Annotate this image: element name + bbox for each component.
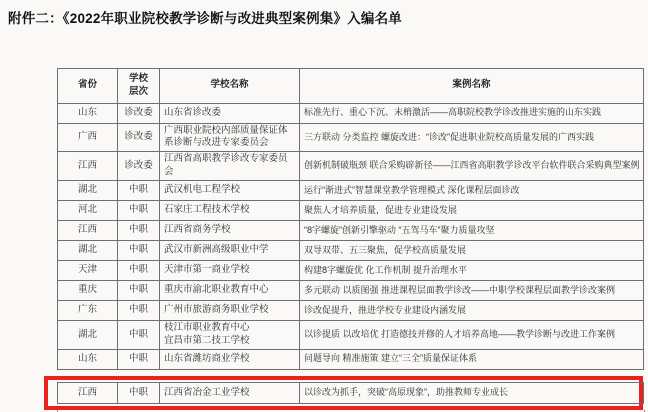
cell-case-name: 聚焦人才培养质量，促进专业建设发展 bbox=[300, 200, 644, 220]
cases-table-body: 山东 诊改委 山东省诊改委 标准先行、重心下沉、末梢激活——高职院校教学诊改推进… bbox=[58, 103, 644, 369]
cell-school-name: 广西职业院校内部质量保证体系诊断与改进专家委员会 bbox=[160, 123, 300, 152]
cases-table: 省份 学校层次 学校名称 案例名称 山东 诊改委 山东省诊改委 标准先行、重心下… bbox=[57, 68, 644, 370]
cell-province: 江西 bbox=[58, 220, 118, 240]
cell-province: 江西 bbox=[58, 383, 118, 404]
cell-case-name: “8字螺旋”创新引擎驱动 “五驾马车”聚力质量攻坚 bbox=[300, 220, 644, 240]
table-row: 山东 诊改委 山东省诊改委 标准先行、重心下沉、末梢激活——高职院校教学诊改推进… bbox=[58, 103, 644, 123]
highlighted-table-row: 江西 中职 江西省冶金工业学校 以诊改为抓手，突破“高原现象”，助推教师专业成长 bbox=[58, 383, 644, 404]
cell-case-name: 构建8字螺旋优 化工作机制 提升治理水平 bbox=[300, 260, 644, 280]
header-school-level: 学校层次 bbox=[118, 69, 160, 104]
table-row: 重庆 中职 重庆市渝北职业教育中心 多元联动 以质图强 推进课程层面教学诊改——… bbox=[58, 280, 644, 300]
cell-school-level: 中职 bbox=[118, 260, 160, 280]
cell-province: 河北 bbox=[58, 200, 118, 220]
table-row: 广西 诊改委 广西职业院校内部质量保证体系诊断与改进专家委员会 三方联动 分类监… bbox=[58, 123, 644, 152]
cell-school-name: 枝江市职业教育中心 宜昌市第二技工学校 bbox=[160, 320, 300, 349]
cell-school-name: 石家庄工程技术学校 bbox=[160, 200, 300, 220]
cell-case-name: 诊改促提升，推进学校专业建设内涵发展 bbox=[300, 300, 644, 320]
header-row: 省份 学校层次 学校名称 案例名称 bbox=[58, 69, 644, 104]
cell-school-level: 诊改委 bbox=[118, 123, 160, 152]
table-row: 湖北 中职 枝江市职业教育中心 宜昌市第二技工学校 以诊提质 以改培优 打造德技… bbox=[58, 320, 644, 349]
highlight-red-box: 江西 中职 江西省冶金工业学校 以诊改为抓手，突破“高原现象”，助推教师专业成长 bbox=[44, 376, 643, 410]
cell-case-name: 多元联动 以质图强 推进课程层面教学诊改——中职学校课程层面教学诊改案例 bbox=[300, 280, 644, 300]
cell-school-name: 武汉机电工程学校 bbox=[160, 180, 300, 200]
cell-case-name: 三方联动 分类监控 螺旋改进：“诊改”促进职业院校高质量发展的广西实践 bbox=[300, 123, 644, 152]
cell-province: 山东 bbox=[58, 349, 118, 369]
cell-province: 广东 bbox=[58, 300, 118, 320]
cell-school-level: 中职 bbox=[118, 180, 160, 200]
cell-school-name: 江西省高职教学诊改专家委员会 bbox=[160, 152, 300, 181]
table-row: 湖北 中职 武汉机电工程学校 运行“渐进式”智慧课堂教学管理模式 深化课程层面诊… bbox=[58, 180, 644, 200]
cell-school-name: 山东省潍坊商业学校 bbox=[160, 349, 300, 369]
table-row: 山东 中职 山东省潍坊商业学校 问题导向 精准施策 建立“三全”质量保证体系 bbox=[58, 349, 644, 369]
cell-school-level: 中职 bbox=[118, 349, 160, 369]
cell-school-level: 中职 bbox=[118, 300, 160, 320]
cell-province: 湖北 bbox=[58, 320, 118, 349]
document-title: 附件二：《2022年职业院校教学诊断与改进典型案例集》入编名单 bbox=[8, 7, 402, 27]
cell-school-name: 重庆市渝北职业教育中心 bbox=[160, 280, 300, 300]
table-row: 天津 中职 天津市第一商业学校 构建8字螺旋优 化工作机制 提升治理水平 bbox=[58, 260, 644, 280]
table-row: 江西 中职 江西省商务学校 “8字螺旋”创新引擎驱动 “五驾马车”聚力质量攻坚 bbox=[58, 220, 644, 240]
highlighted-row-table: 江西 中职 江西省冶金工业学校 以诊改为抓手，突破“高原现象”，助推教师专业成长 bbox=[57, 382, 644, 404]
header-school-name: 学校名称 bbox=[160, 69, 300, 104]
cell-province: 重庆 bbox=[58, 280, 118, 300]
cell-case-name: 标准先行、重心下沉、末梢激活——高职院校教学诊改推进实施的山东实践 bbox=[300, 103, 644, 123]
cell-province: 江西 bbox=[58, 152, 118, 181]
table-row: 湖北 中职 武汉市新洲高级职业中学 双导双带、五三聚焦，促学校高质量发展 bbox=[58, 240, 644, 260]
cell-province: 山东 bbox=[58, 103, 118, 123]
cell-province: 湖北 bbox=[58, 240, 118, 260]
cell-school-level: 中职 bbox=[118, 240, 160, 260]
cell-school-name: 山东省诊改委 bbox=[160, 103, 300, 123]
cell-case-name: 双导双带、五三聚焦，促学校高质量发展 bbox=[300, 240, 644, 260]
cell-school-level: 中职 bbox=[118, 200, 160, 220]
cell-case-name: 以诊改为抓手，突破“高原现象”，助推教师专业成长 bbox=[300, 383, 644, 404]
cell-case-name: 创新机制破瓶颈 联合采购辟新径——江西省高职教学诊改平台软件联合采购典型案例 bbox=[300, 152, 644, 181]
cell-province: 天津 bbox=[58, 260, 118, 280]
cell-school-level: 诊改委 bbox=[118, 152, 160, 181]
cell-school-level: 中职 bbox=[118, 280, 160, 300]
cases-table-header: 省份 学校层次 学校名称 案例名称 bbox=[58, 69, 644, 104]
cell-province: 广西 bbox=[58, 123, 118, 152]
cell-school-level: 中职 bbox=[118, 383, 160, 404]
cell-case-name: 以诊提质 以改培优 打造德技并修的人才培养高地——教学诊断与改进工作案例 bbox=[300, 320, 644, 349]
header-province: 省份 bbox=[58, 69, 118, 104]
table-row: 广东 中职 广州市旅游商务职业学校 诊改促提升，推进学校专业建设内涵发展 bbox=[58, 300, 644, 320]
cell-school-level: 中职 bbox=[118, 320, 160, 349]
table-row: 河北 中职 石家庄工程技术学校 聚焦人才培养质量，促进专业建设发展 bbox=[58, 200, 644, 220]
cell-school-name: 江西省商务学校 bbox=[160, 220, 300, 240]
table-row: 江西 诊改委 江西省高职教学诊改专家委员会 创新机制破瓶颈 联合采购辟新径——江… bbox=[58, 152, 644, 181]
cell-province: 湖北 bbox=[58, 180, 118, 200]
cell-case-name: 运行“渐进式”智慧课堂教学管理模式 深化课程层面诊改 bbox=[300, 180, 644, 200]
header-case-name: 案例名称 bbox=[300, 69, 644, 104]
cell-school-name: 江西省冶金工业学校 bbox=[160, 383, 300, 404]
cell-school-name: 广州市旅游商务职业学校 bbox=[160, 300, 300, 320]
cell-case-name: 问题导向 精准施策 建立“三全”质量保证体系 bbox=[300, 349, 644, 369]
cell-school-level: 中职 bbox=[118, 220, 160, 240]
cell-school-name: 天津市第一商业学校 bbox=[160, 260, 300, 280]
cell-school-level: 诊改委 bbox=[118, 103, 160, 123]
cell-school-name: 武汉市新洲高级职业中学 bbox=[160, 240, 300, 260]
